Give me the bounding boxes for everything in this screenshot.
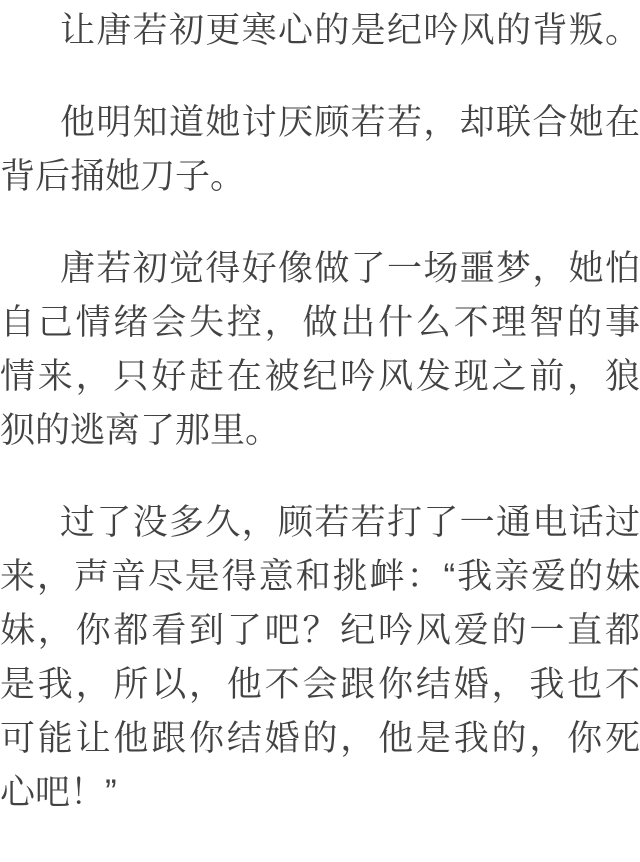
text-line: 让唐若初更寒心的是纪吟风的背叛。 — [0, 4, 640, 58]
paragraph: 过了没多久，顾若若打了一通电话过 来，声音尽是得意和挑衅：“我亲爱的妹 妹，你都… — [0, 496, 640, 820]
text-line: 过了没多久，顾若若打了一通电话过 — [0, 496, 640, 550]
text-line: 情来，只好赶在被纪吟风发现之前，狼 — [0, 350, 640, 404]
novel-reader-body: { "page": { "background": "#ffffff", "te… — [0, 0, 640, 862]
text-line: 来，声音尽是得意和挑衅：“我亲爱的妹 — [0, 550, 640, 604]
text-line: 心吧！” — [0, 766, 640, 820]
text-line: 自己情绪会失控，做出什么不理智的事 — [0, 296, 640, 350]
paragraph: 让唐若初更寒心的是纪吟风的背叛。 — [0, 4, 640, 58]
text-line: 他明知道她讨厌顾若若，却联合她在 — [0, 96, 640, 150]
text-line: 唐若初觉得好像做了一场噩梦，她怕 — [0, 242, 640, 296]
text-line: 可能让他跟你结婚的，他是我的，你死 — [0, 712, 640, 766]
text-line: 妹，你都看到了吧？纪吟风爱的一直都 — [0, 604, 640, 658]
paragraph: 唐若初觉得好像做了一场噩梦，她怕 自己情绪会失控，做出什么不理智的事 情来，只好… — [0, 242, 640, 458]
paragraph: 他明知道她讨厌顾若若，却联合她在 背后捅她刀子。 — [0, 96, 640, 204]
text-line: 狈的逃离了那里。 — [0, 404, 640, 458]
text-line: 背后捅她刀子。 — [0, 150, 640, 204]
novel-text-page: 让唐若初更寒心的是纪吟风的背叛。 他明知道她讨厌顾若若，却联合她在 背后捅她刀子… — [0, 0, 640, 820]
text-line: 是我，所以，他不会跟你结婚，我也不 — [0, 658, 640, 712]
